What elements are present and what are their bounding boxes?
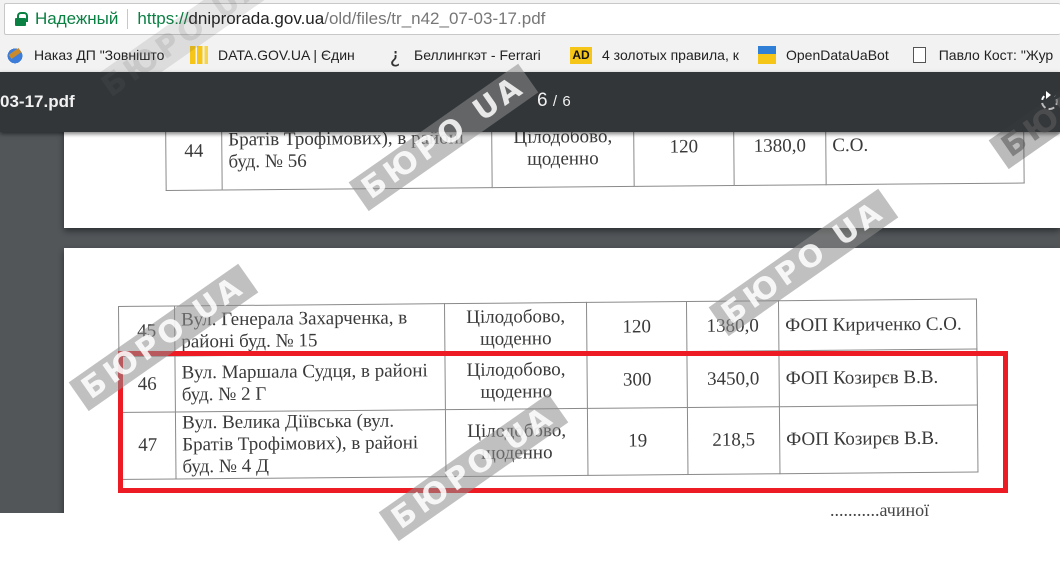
- bookmark-pavlo-kost[interactable]: Павло Кост: "Жур: [905, 46, 1059, 64]
- table-row: 46 Вул. Маршала Судця, в районі буд. № 2…: [119, 349, 977, 412]
- cell-address: Вул. Генерала Захарченка, в районі буд. …: [175, 304, 445, 356]
- bookmark-label: OpenDataUaBot: [786, 47, 889, 63]
- table-row: 47 Вул. Велика Діївська (вул. Братів Тро…: [119, 405, 978, 479]
- cell-places: 120: [586, 302, 686, 353]
- url-path[interactable]: /old/files/tr_n42_07-03-17.pdf: [324, 9, 545, 29]
- cell-num: 47: [119, 412, 176, 479]
- bookmark-nakaz[interactable]: Наказ ДП "Зовнішто: [0, 46, 180, 64]
- pdf-page-5: 44 Братів Трофімових), в районі буд. № 5…: [64, 132, 1060, 228]
- cell-sum: 1380,0: [686, 301, 778, 352]
- bookmarks-bar: Наказ ДП "Зовнішто DATA.GOV.UA | Єдин ¿ …: [0, 38, 1060, 72]
- total-pages: 6: [562, 93, 570, 110]
- cell-owner: ФОП Козирєв В.В.: [779, 349, 977, 407]
- cell-owner: ФОП Кириченко С.О.: [778, 299, 976, 351]
- question-mark-icon: ¿: [386, 46, 404, 64]
- pdf-viewer-area[interactable]: 44 Братів Трофімових), в районі буд. № 5…: [0, 132, 1060, 513]
- table-row: 45 Вул. Генерала Захарченка, в районі бу…: [119, 299, 977, 356]
- cell-hours: Цілодобово, щоденно: [445, 352, 587, 409]
- trailing-text: ...........ачиної: [830, 500, 929, 521]
- url-scheme[interactable]: https://: [137, 9, 188, 29]
- ukraine-flag-icon: [758, 46, 776, 64]
- page-indicator[interactable]: 6 / 6: [537, 90, 571, 112]
- cell-sum: 1380,0: [733, 132, 826, 186]
- separator: [127, 9, 128, 29]
- page-icon-wrap: [911, 46, 929, 64]
- address-bar-row: Надежный https://dniprorada.gov.ua/old/f…: [0, 0, 1060, 38]
- cell-hours: Цілодобово, щоденно: [444, 302, 586, 353]
- cell-places: 19: [587, 408, 688, 476]
- bookmark-label: Наказ ДП "Зовнішто: [34, 47, 174, 63]
- bookmark-opendata-bot[interactable]: OpenDataUaBot: [752, 46, 895, 64]
- cell-places: 300: [587, 352, 687, 409]
- rotate-icon[interactable]: [1041, 93, 1058, 110]
- page5-table: 44 Братів Трофімових), в районі буд. № 5…: [165, 132, 1025, 191]
- cell-address: Вул. Маршала Судця, в районі буд. № 2 Г: [175, 354, 445, 412]
- pdf-file-title: 03-17.pdf: [0, 92, 75, 112]
- cell-num: 44: [166, 132, 223, 190]
- bookmark-bellingcat[interactable]: ¿ Беллингкэт - Ferrari: [380, 46, 560, 64]
- pdf-page-6: 45 Вул. Генерала Захарченка, в районі бу…: [64, 248, 1060, 513]
- data-gov-icon: [190, 46, 208, 64]
- table-row: 44 Братів Трофімових), в районі буд. № 5…: [166, 132, 1025, 190]
- address-bar[interactable]: Надежный https://dniprorada.gov.ua/old/f…: [4, 3, 1060, 35]
- cell-hours: Цілодобово, щоденно: [491, 132, 634, 188]
- pdf-toolbar: 03-17.pdf 6 / 6: [0, 72, 1060, 132]
- bookmark-data-gov[interactable]: DATA.GOV.UA | Єдин: [184, 46, 376, 64]
- bookmark-label: Павло Кост: "Жур: [939, 47, 1053, 63]
- bookmark-label: Беллингкэт - Ferrari: [414, 47, 554, 63]
- page6-table: 45 Вул. Генерала Захарченка, в районі бу…: [118, 299, 978, 480]
- cell-sum: 3450,0: [687, 351, 779, 408]
- page-icon: [913, 47, 926, 63]
- url-host[interactable]: dniprorada.gov.ua: [188, 9, 324, 29]
- cell-owner: С.О.: [825, 132, 1024, 185]
- cell-address: Братів Трофімових), в районі буд. № 56: [222, 132, 493, 190]
- current-page[interactable]: 6: [537, 90, 548, 111]
- cell-address: Вул. Велика Діївська (вул. Братів Трофім…: [175, 410, 446, 479]
- cell-sum: 218,5: [687, 407, 780, 475]
- page-separator: /: [553, 93, 557, 110]
- lock-icon[interactable]: [15, 12, 26, 26]
- cell-owner: ФОП Козирєв В.В.: [779, 405, 978, 474]
- cell-num: 46: [119, 356, 175, 412]
- bookmark-golden-rules[interactable]: AD 4 золотых правила, к: [564, 47, 748, 64]
- bookmark-label: 4 золотых правила, к: [602, 47, 742, 63]
- security-label[interactable]: Надежный: [35, 9, 118, 29]
- cell-num: 45: [119, 306, 175, 356]
- gavel-icon: [6, 46, 24, 64]
- bookmark-label: DATA.GOV.UA | Єдин: [218, 47, 370, 63]
- cell-hours: Цілодобово, щоденно: [445, 408, 588, 476]
- cell-places: 120: [633, 132, 734, 186]
- ad-icon: AD: [570, 47, 592, 64]
